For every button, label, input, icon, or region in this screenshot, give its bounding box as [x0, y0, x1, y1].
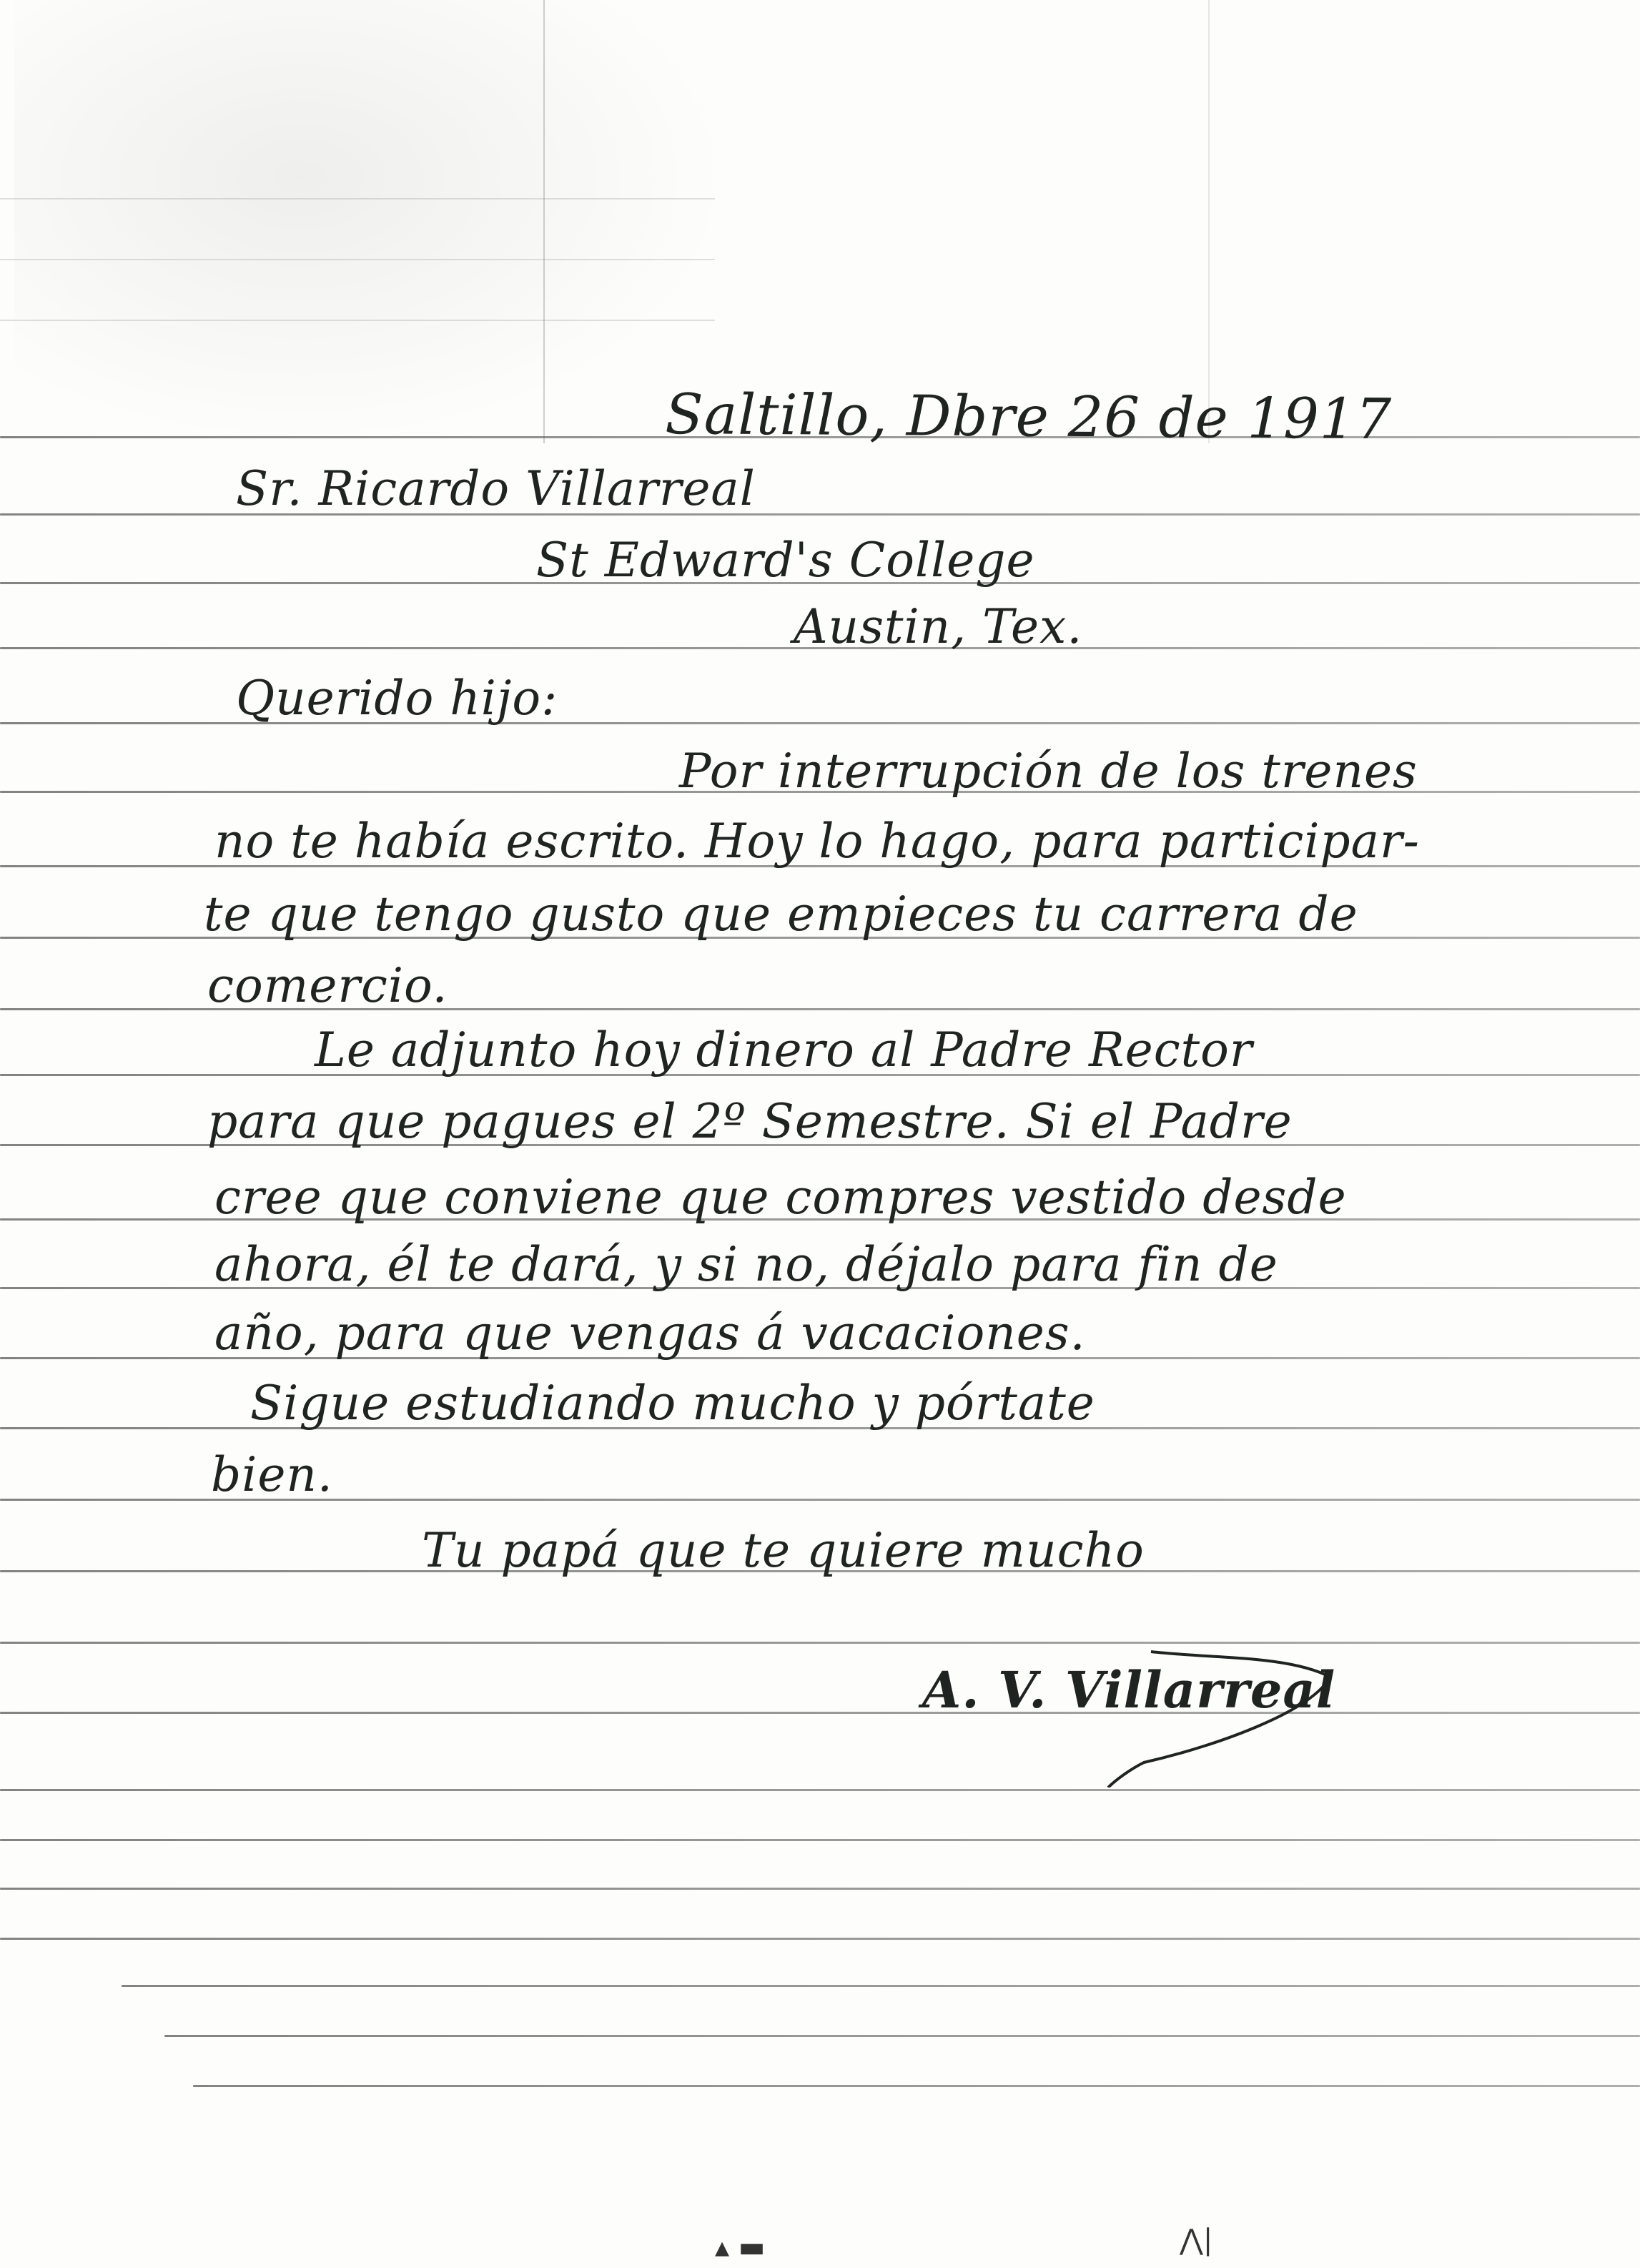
- body-line: te que tengo gusto que empieces tu carre…: [204, 887, 1358, 942]
- body-line: cree que conviene que compres vestido de…: [214, 1170, 1347, 1225]
- fold-crease: [1208, 0, 1210, 443]
- recipient-city: Austin, Tex.: [794, 599, 1082, 654]
- place-date: Saltillo, Dbre 26 de 1917: [665, 383, 1392, 452]
- recipient-name: Sr. Ricardo Villarreal: [236, 461, 756, 516]
- closing: Tu papá que te quiere mucho: [422, 1523, 1145, 1578]
- body-line: año, para que vengas á vacaciones.: [214, 1306, 1086, 1361]
- photocopy-smudge: [14, 0, 729, 443]
- salutation: Querido hijo:: [236, 671, 558, 726]
- body-line: ahora, él te dará, y si no, déjalo para …: [214, 1237, 1278, 1292]
- recipient-institution: St Edward's College: [536, 533, 1035, 588]
- fold-crease: [543, 0, 545, 443]
- fold-crease: [0, 320, 715, 321]
- fold-crease: [0, 198, 715, 199]
- body-line: comercio.: [207, 958, 448, 1013]
- body-line: Sigue estudiando mucho y pórtate: [250, 1376, 1095, 1431]
- body-line: bien.: [211, 1447, 333, 1502]
- bottom-mark: ⋀|: [1180, 2224, 1212, 2257]
- signature-flourish-icon: [915, 1645, 1416, 1788]
- body-line: Por interrupción de los trenes: [679, 744, 1418, 799]
- fold-crease: [0, 259, 715, 260]
- body-line: para que pagues el 2º Semestre. Si el Pa…: [207, 1094, 1293, 1149]
- body-line: Le adjunto hoy dinero al Padre Rector: [315, 1022, 1253, 1078]
- body-line: no te había escrito. Hoy lo hago, para p…: [214, 814, 1420, 869]
- letter-page: Saltillo, Dbre 26 de 1917 Sr. Ricardo Vi…: [0, 0, 1640, 2268]
- bottom-mark: ▴ ▬: [715, 2231, 766, 2264]
